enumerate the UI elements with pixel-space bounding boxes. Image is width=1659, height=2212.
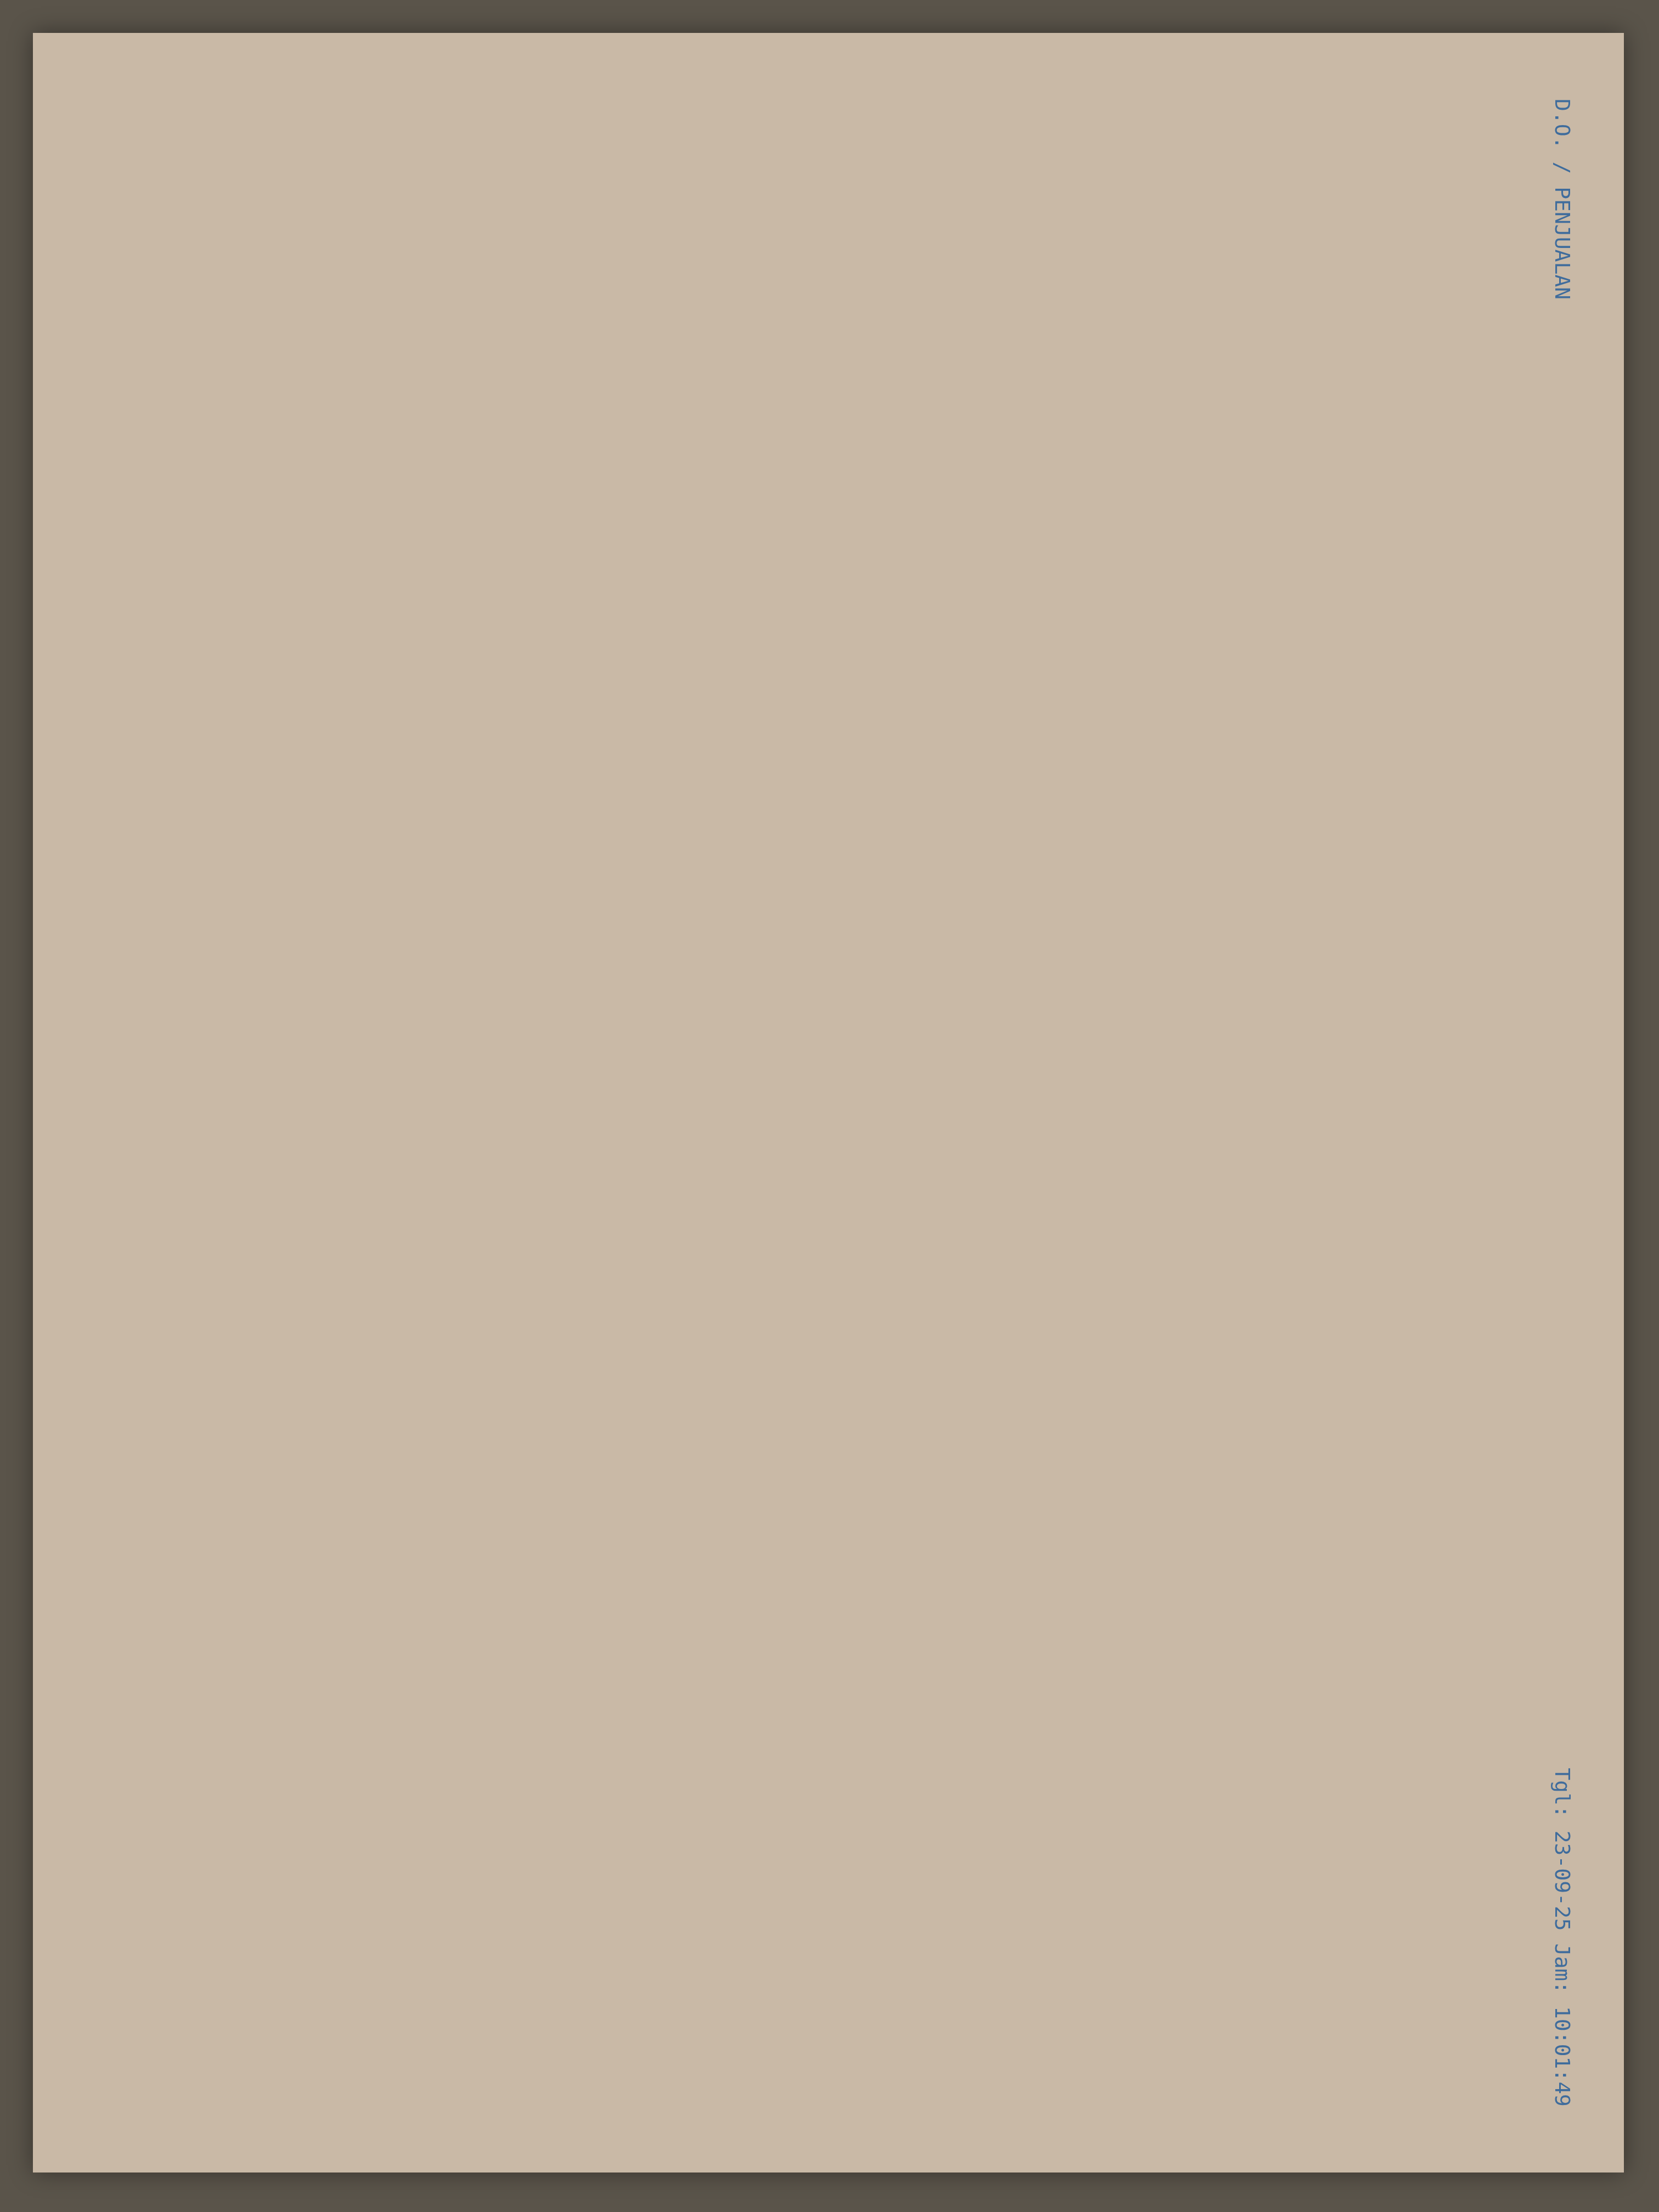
date-label: Tgl:: [1550, 1768, 1575, 1818]
time-value: 10:01:49: [1550, 2006, 1575, 2107]
delivery-order-paper: D.O. / PENJUALAN Tgl: 23-09-25 Jam: 10:0…: [33, 33, 1624, 2172]
rotated-document: D.O. / PENJUALAN Tgl: 23-09-25 Jam: 10:0…: [33, 33, 1624, 2172]
doc-type: D.O. / PENJUALAN: [1550, 99, 1575, 300]
header: D.O. / PENJUALAN Tgl: 23-09-25 Jam: 10:0…: [1550, 99, 1575, 2107]
date-value: 23-09-25: [1550, 1831, 1575, 1931]
date-time: Tgl: 23-09-25 Jam: 10:01:49: [1550, 1768, 1575, 2107]
time-label: Jam:: [1550, 1944, 1575, 1994]
